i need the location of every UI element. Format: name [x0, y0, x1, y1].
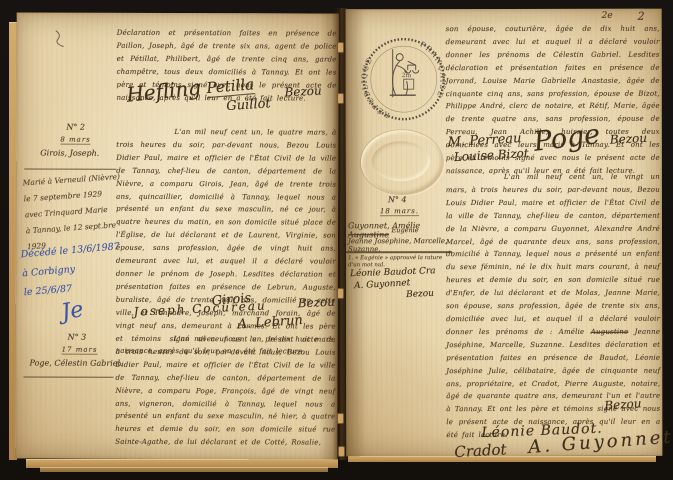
margin-record2-date: 8 mars [60, 136, 90, 145]
margin-renvoi-signature-baudot: Léonie Baudot Cra [350, 266, 436, 279]
signature-bezou-act1: Bezou [284, 84, 322, 100]
left-page-edge-stack-bottom2 [40, 467, 328, 472]
margin-rule-record4 [346, 251, 452, 253]
stray-ink-mark [53, 29, 67, 49]
margin-record4-number: N° 4 [388, 195, 407, 204]
act3-start-text: L'an mil neuf cent un, le dix huit mars,… [115, 333, 335, 450]
margin-record4-date: 18 mars. [380, 207, 419, 216]
margin-record3-number: N° 3 [68, 333, 87, 342]
signature-guillot: Guillot [226, 96, 271, 114]
svg-text:FRANÇAISE: FRANÇAISE [418, 39, 447, 99]
scanned-register-photo: Déclaration et présentation faites en pr… [0, 0, 673, 480]
act4-struck-word: Augustine [591, 328, 629, 336]
margin-renvoi-signature-guyonnet: A. Guyonnet [354, 278, 411, 291]
margin-record3-date: 17 mars [62, 346, 98, 355]
svg-text:2m: 2m [402, 72, 412, 79]
signature-cradot: Cradot [454, 440, 507, 461]
act4-text-before: L'an mil neuf cent un, le vingt un mars,… [446, 173, 660, 336]
folio-mark: 2e [602, 11, 613, 21]
left-page: Déclaration et présentation faites en pr… [15, 12, 339, 459]
margin-record2-number: N° 2 [66, 123, 85, 132]
binding-stitch [337, 42, 344, 53]
margin-renvoi-signature-bezou: Bezou [406, 289, 434, 300]
svg-text:RÉPUBLIQUE: RÉPUBLIQUE [360, 56, 391, 121]
republique-francaise-stamp-icon: RÉPUBLIQUE FRANÇAISE 2m [360, 35, 448, 123]
page-number: 2 [638, 10, 645, 23]
margin-record4-name-inserted: Eugénie [392, 226, 419, 234]
margin-record2-name: Girois, Joseph. [40, 149, 99, 158]
act2-text: L'an mil neuf cent un, le quatre mars, à… [116, 126, 337, 359]
margin-death-note-paraph: Je [60, 297, 86, 325]
signature-bezou-act2: Bezou [297, 295, 335, 311]
signature-bezou-act3: Bezou [609, 131, 647, 147]
signature-bezou-act4: Bezou [604, 396, 642, 413]
right-page: 2e 2 RÉPUBLIQUE FRANÇAISE [346, 9, 663, 457]
binding-stitch [337, 288, 344, 299]
margin-rule-record3 [24, 376, 114, 377]
binding-stitch [337, 93, 344, 104]
margin-record3-name: Poge, Célestin Gabriel. [30, 358, 123, 367]
signature-petilla: Petilla [206, 75, 255, 98]
embossed-seal-inner [372, 141, 430, 181]
binding-stitch [337, 413, 344, 424]
binding-stitch [338, 446, 345, 457]
